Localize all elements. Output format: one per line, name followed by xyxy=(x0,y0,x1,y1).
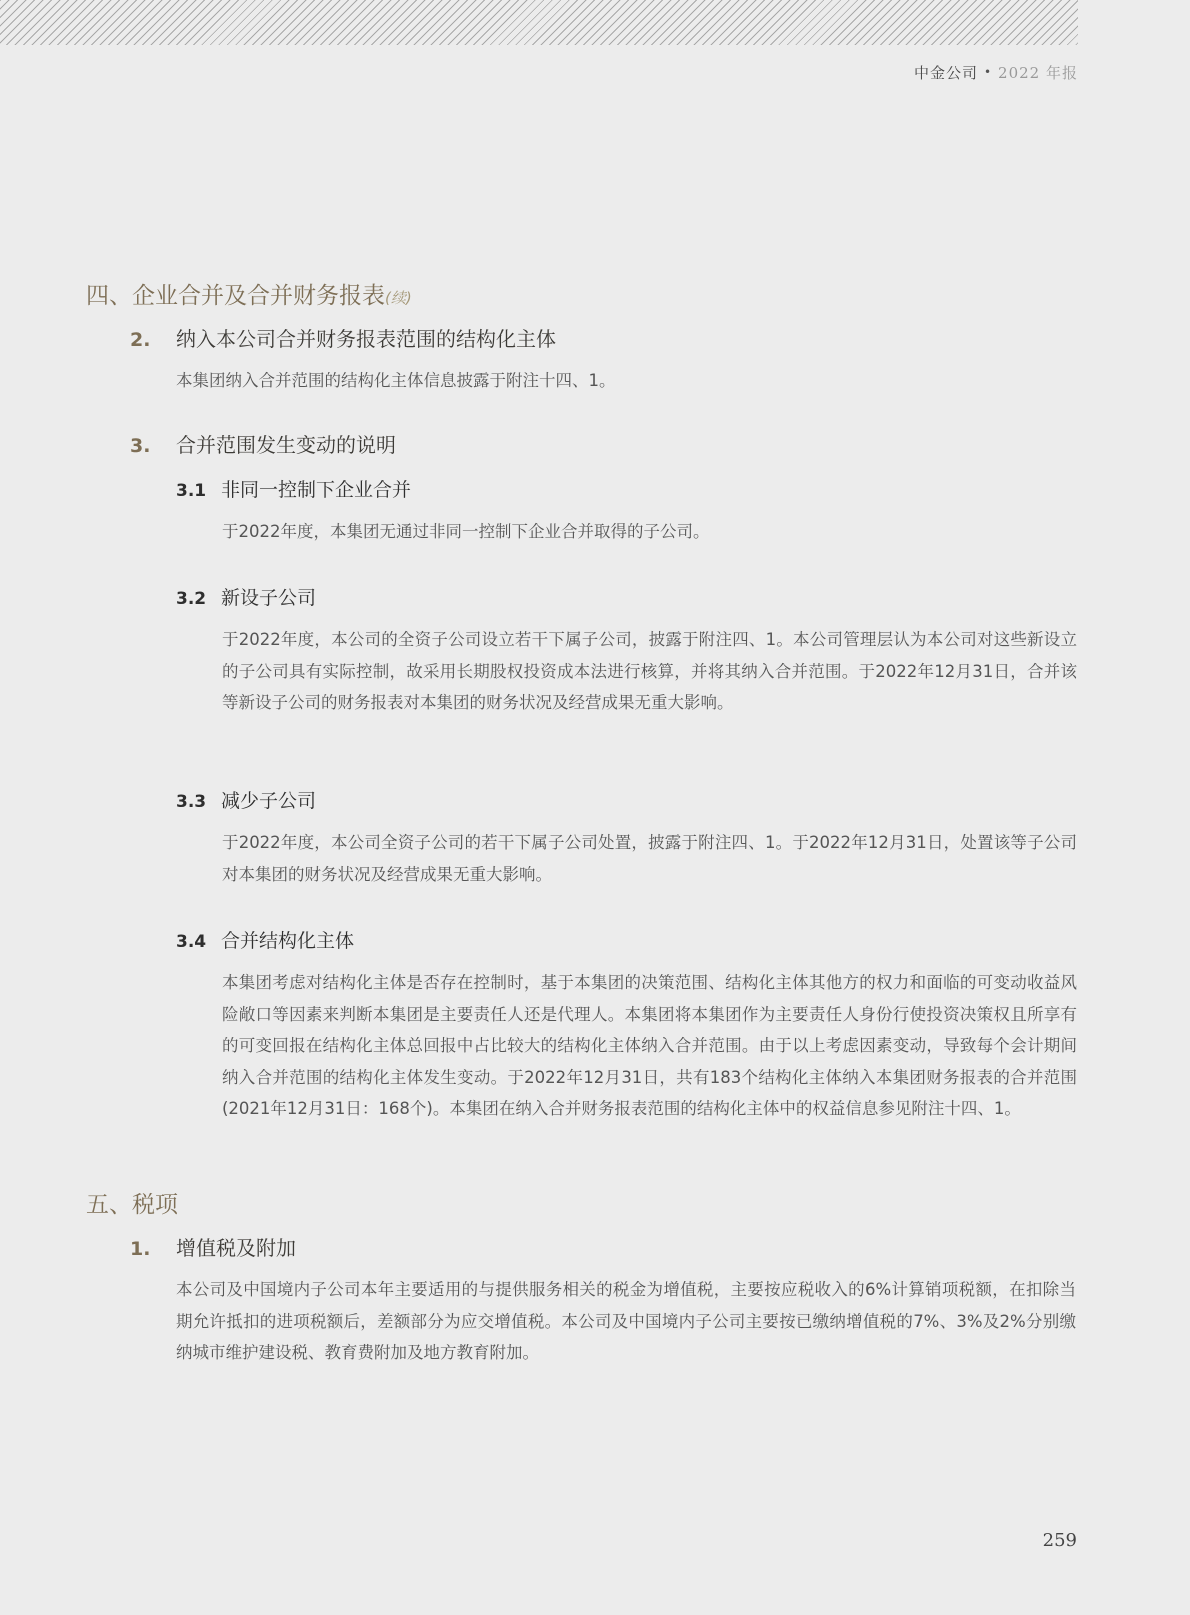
running-header: 中金公司•2022 年报 xyxy=(914,62,1078,83)
header-separator: • xyxy=(984,65,992,79)
section-title: 四、企业合并及合并财务报表 xyxy=(86,283,385,309)
sub-title: 减少子公司 xyxy=(221,790,316,812)
item-title: 合并范围发生变动的说明 xyxy=(176,433,396,457)
item-number: 3. xyxy=(130,435,176,457)
paragraph: 本集团纳入合并范围的结构化主体信息披露于附注十四、1。 xyxy=(176,365,1056,397)
section-heading-4: 四、企业合并及合并财务报表(续) xyxy=(86,277,412,310)
sub-number: 3.1 xyxy=(176,481,221,501)
sub-number: 3.2 xyxy=(176,589,221,609)
item-heading-5-1: 1.增值税及附加 xyxy=(130,1232,296,1261)
sub-title: 非同一控制下企业合并 xyxy=(221,479,411,501)
sub-number: 3.4 xyxy=(176,932,221,952)
item-number: 2. xyxy=(130,329,176,351)
subheading-3-4: 3.4合并结构化主体 xyxy=(176,926,354,953)
paragraph: 于2022年度，本公司的全资子公司设立若干下属子公司，披露于附注四、1。本公司管… xyxy=(222,624,1077,719)
paragraph: 于2022年度，本集团无通过非同一控制下企业合并取得的子公司。 xyxy=(222,516,1077,548)
page-number: 259 xyxy=(1043,1530,1077,1551)
item-title: 纳入本公司合并财务报表范围的结构化主体 xyxy=(176,327,556,351)
decorative-hatch-band xyxy=(0,0,1078,45)
subheading-3-1: 3.1非同一控制下企业合并 xyxy=(176,475,411,502)
item-heading-2: 2.纳入本公司合并财务报表范围的结构化主体 xyxy=(130,323,556,352)
sub-number: 3.3 xyxy=(176,792,221,812)
paragraph: 本公司及中国境内子公司本年主要适用的与提供服务相关的税金为增值税，主要按应税收入… xyxy=(176,1274,1076,1369)
header-company: 中金公司 xyxy=(914,64,978,82)
paragraph: 于2022年度，本公司全资子公司的若干下属子公司处置，披露于附注四、1。于202… xyxy=(222,827,1077,890)
subheading-3-2: 3.2新设子公司 xyxy=(176,583,316,610)
item-title: 增值税及附加 xyxy=(176,1236,296,1260)
section-heading-5: 五、税项 xyxy=(86,1186,178,1219)
item-number: 1. xyxy=(130,1238,176,1260)
header-report-title: 2022 年报 xyxy=(998,64,1078,82)
section-title: 五、税项 xyxy=(86,1192,178,1218)
continued-label: (续) xyxy=(385,289,412,307)
sub-title: 合并结构化主体 xyxy=(221,930,354,952)
item-heading-3: 3.合并范围发生变动的说明 xyxy=(130,429,396,458)
paragraph: 本集团考虑对结构化主体是否存在控制时，基于本集团的决策范围、结构化主体其他方的权… xyxy=(222,967,1077,1125)
sub-title: 新设子公司 xyxy=(221,587,316,609)
subheading-3-3: 3.3减少子公司 xyxy=(176,786,316,813)
